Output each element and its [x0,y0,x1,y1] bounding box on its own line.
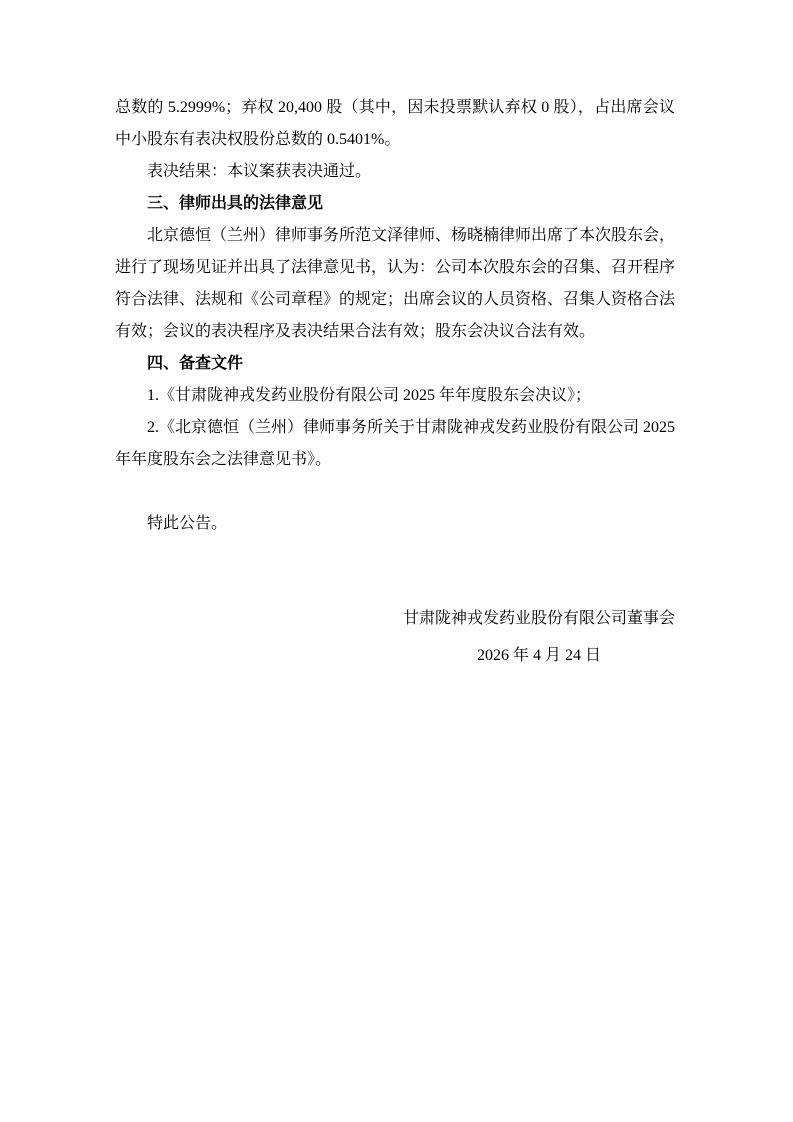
paragraph-closing-announcement: 特此公告。 [115,508,675,540]
signature-date: 2026 年 4 月 24 日 [403,640,675,672]
list-item-legal-opinion-letter: 2.《北京德恒（兰州）律师事务所关于甘肃陇神戎发药业股份有限公司 2025 年年… [115,412,675,476]
heading-legal-opinion: 三、律师出具的法律意见 [115,188,675,220]
document-page: 总数的 5.2999%；弃权 20,400 股（其中，因未投票默认弃权 0 股）… [0,0,793,1122]
signature-inner: 甘肃陇神戎发药业股份有限公司董事会 2026 年 4 月 24 日 [403,603,675,672]
heading-reference-documents: 四、备查文件 [115,348,675,380]
signature-company-board: 甘肃陇神戎发药业股份有限公司董事会 [403,603,675,635]
list-item-resolution: 1.《甘肃陇神戎发药业股份有限公司 2025 年年度股东会决议》； [115,380,675,412]
paragraph-vote-result: 表决结果：本议案获表决通过。 [115,156,675,188]
paragraph-abstention-count: 总数的 5.2999%；弃权 20,400 股（其中，因未投票默认弃权 0 股）… [115,92,675,156]
signature-block: 甘肃陇神戎发药业股份有限公司董事会 2026 年 4 月 24 日 [115,603,675,672]
document-content: 总数的 5.2999%；弃权 20,400 股（其中，因未投票默认弃权 0 股）… [115,92,675,672]
paragraph-legal-opinion: 北京德恒（兰州）律师事务所范文泽律师、杨晓楠律师出席了本次股东会，进行了现场见证… [115,220,675,348]
